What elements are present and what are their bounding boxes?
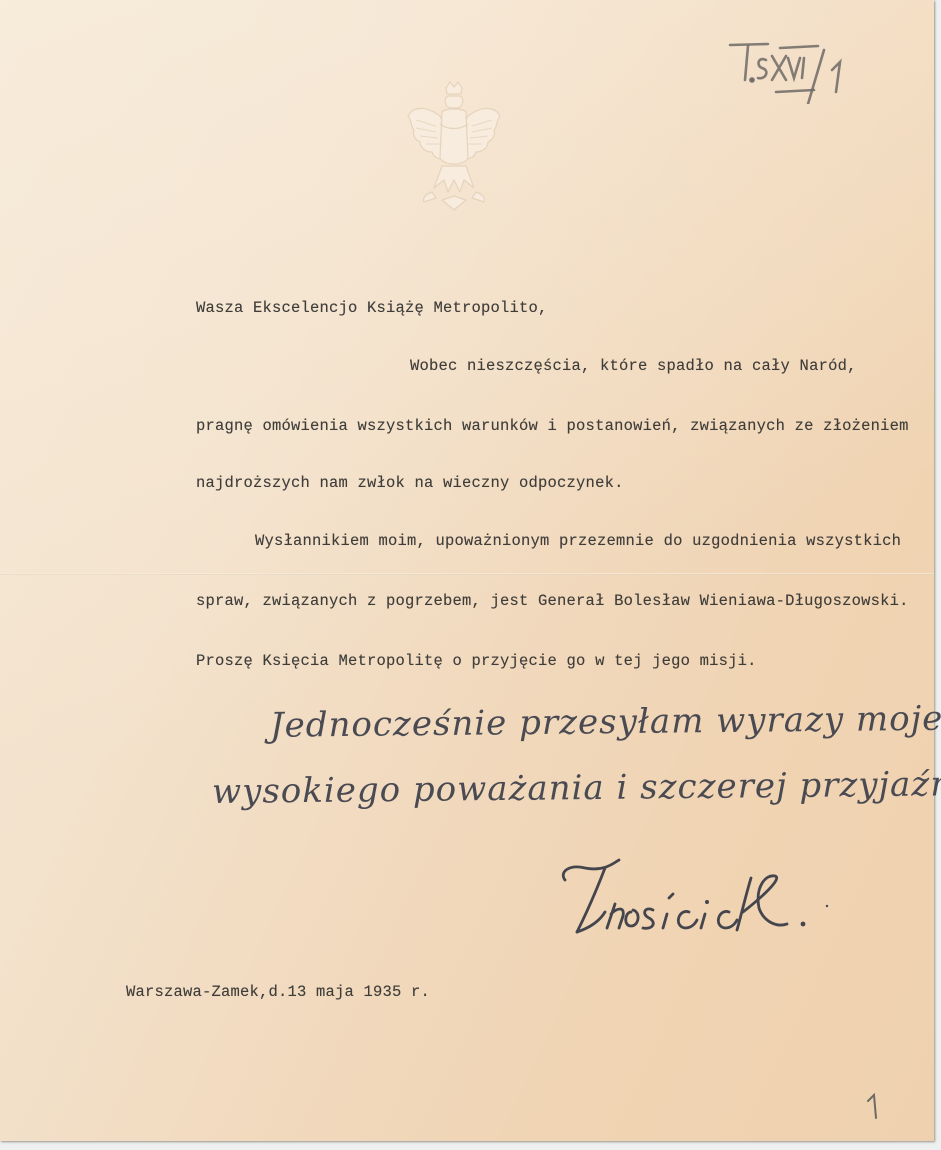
body-line-1: Wobec nieszczęścia, które spadło na cały… (410, 356, 857, 376)
place-date: Warszawa-Zamek,d.13 maja 1935 r. (126, 982, 430, 1002)
handwritten-closing-line-2: wysokiego poważania i szczerej przyjaźni… (212, 764, 941, 812)
body-line-2: pragnę omówienia wszystkich warunków i p… (196, 416, 909, 436)
eagle-emblem-icon (404, 80, 504, 212)
paper-fold-line (0, 573, 934, 575)
page-number-pencil (866, 1092, 882, 1120)
body-line-5: spraw, związanych z pogrzebem, jest Gene… (196, 591, 909, 611)
archive-mark-pencil (728, 34, 858, 104)
signature (555, 858, 845, 938)
handwritten-closing-line-1: Jednocześnie przesyłam wyrazy mojego (270, 698, 941, 746)
body-line-4: Wysłannikiem moim, upoważnionym przezemn… (255, 531, 901, 551)
body-line-3: najdroższych nam zwłok na wieczny odpocz… (196, 473, 624, 493)
salutation: Wasza Ekscelencjo Książę Metropolito, (196, 298, 548, 318)
body-line-6: Proszę Księcia Metropolitę o przyjęcie g… (196, 651, 757, 671)
letter-page: Wasza Ekscelencjo Książę Metropolito, Wo… (0, 0, 934, 1141)
